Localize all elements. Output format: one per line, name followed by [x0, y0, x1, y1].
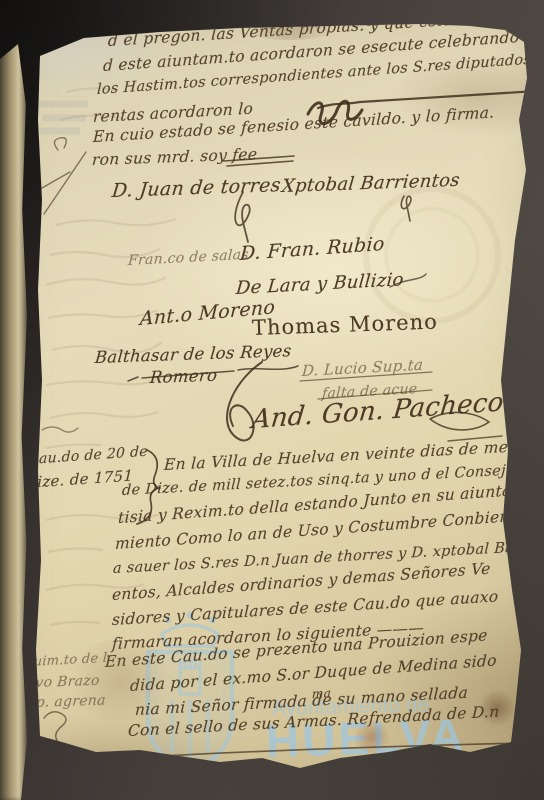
- scanned-document: Ayuntamiento de HUELVA 19 d el pregon. l…: [0, 0, 544, 800]
- adjacent-page-edge: [0, 44, 30, 800]
- manuscript-page: Ayuntamiento de HUELVA 19 d el pregon. l…: [0, 0, 544, 800]
- ink-flourishes: [0, 0, 544, 800]
